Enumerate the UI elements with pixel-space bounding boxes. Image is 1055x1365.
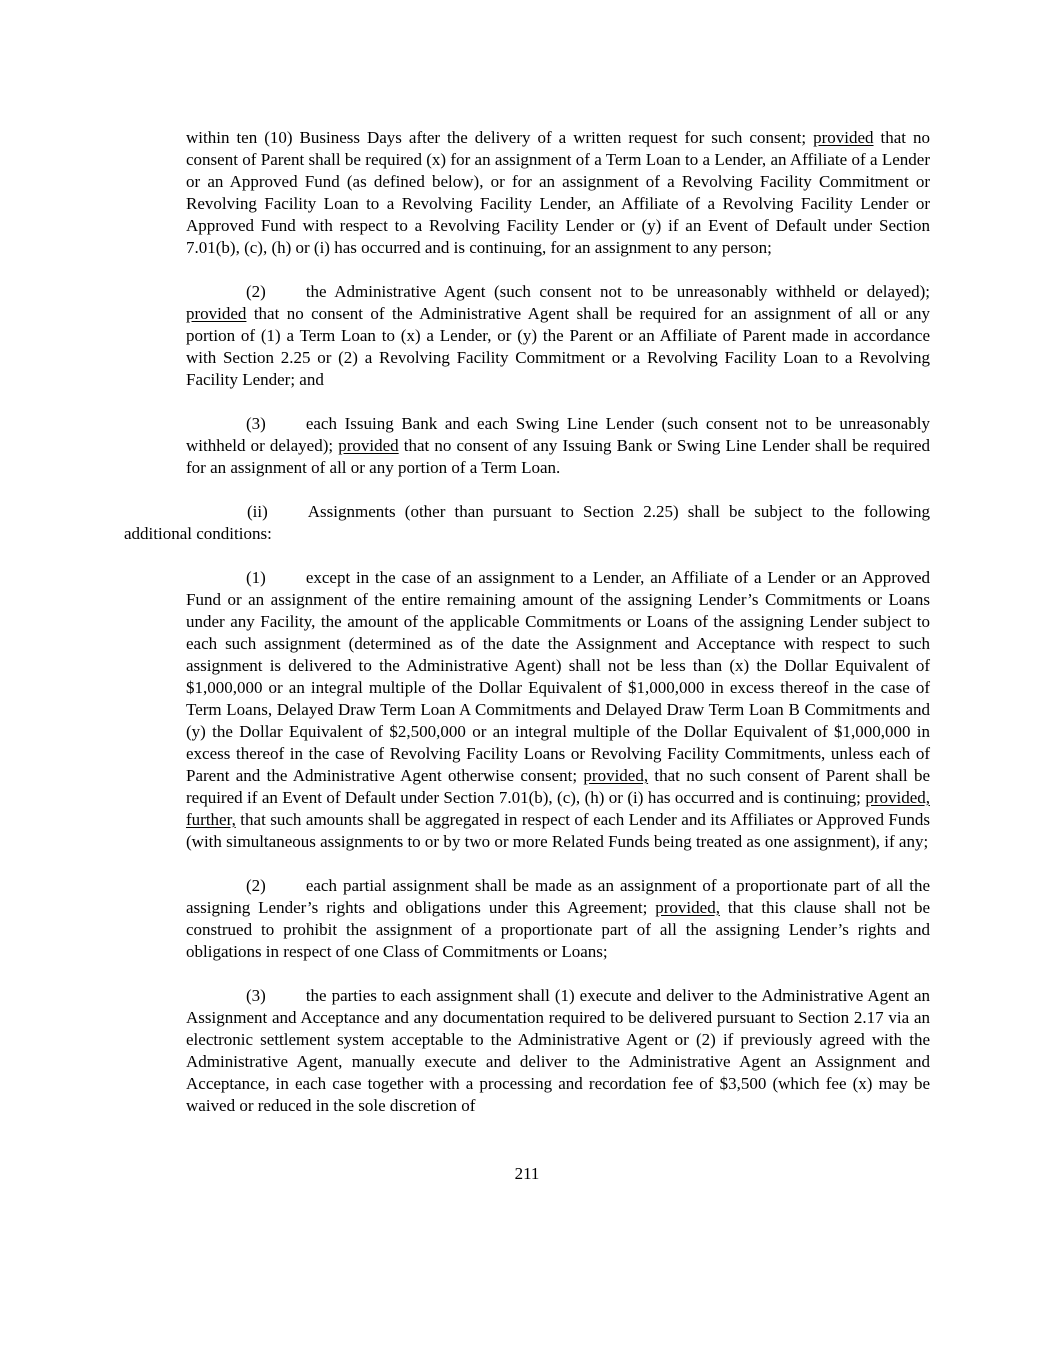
text-run: (ii)	[247, 502, 268, 521]
underlined-term: provided,	[655, 898, 720, 917]
text-run: (3)	[246, 986, 266, 1005]
text-run: Assignments (other than pursuant to Sect…	[124, 502, 930, 543]
text-run: (2)	[246, 876, 266, 895]
underlined-term: provided,	[583, 766, 648, 785]
text-run: the parties to each assignment shall (1)…	[186, 986, 930, 1115]
paragraph-condition-1-minimum-amounts: (1)except in the case of an assignment t…	[186, 567, 930, 853]
text-run: that such amounts shall be aggregated in…	[186, 810, 930, 851]
paragraph-consent-continuation: within ten (10) Business Days after the …	[186, 127, 930, 259]
text-run: (3)	[246, 414, 266, 433]
text-run: the Administrative Agent (such consent n…	[306, 282, 930, 301]
paragraph-condition-2-partial-assignment: (2)each partial assignment shall be made…	[186, 875, 930, 963]
paragraph-condition-3-execution-fee: (3)the parties to each assignment shall …	[186, 985, 930, 1117]
text-run: within ten (10) Business Days after the …	[186, 128, 813, 147]
text-run: except in the case of an assignment to a…	[186, 568, 930, 785]
underlined-term: provided	[338, 436, 398, 455]
text-run: (2)	[246, 282, 266, 301]
underlined-term: provided	[186, 304, 246, 323]
underlined-term: further,	[186, 810, 236, 829]
paragraph-clause-2-administrative-agent: (2)the Administrative Agent (such consen…	[186, 281, 930, 391]
underlined-term: provided,	[865, 788, 930, 807]
text-run: (1)	[246, 568, 266, 587]
document-page: within ten (10) Business Days after the …	[0, 0, 1055, 1185]
paragraph-clause-3-issuing-bank: (3)each Issuing Bank and each Swing Line…	[186, 413, 930, 479]
text-run: that no consent of Parent shall be requi…	[186, 128, 930, 257]
paragraph-clause-ii-assignment-conditions: (ii)Assignments (other than pursuant to …	[124, 501, 930, 545]
text-run: that no consent of the Administrative Ag…	[186, 304, 930, 389]
page-number: 211	[124, 1163, 930, 1185]
underlined-term: provided	[813, 128, 873, 147]
